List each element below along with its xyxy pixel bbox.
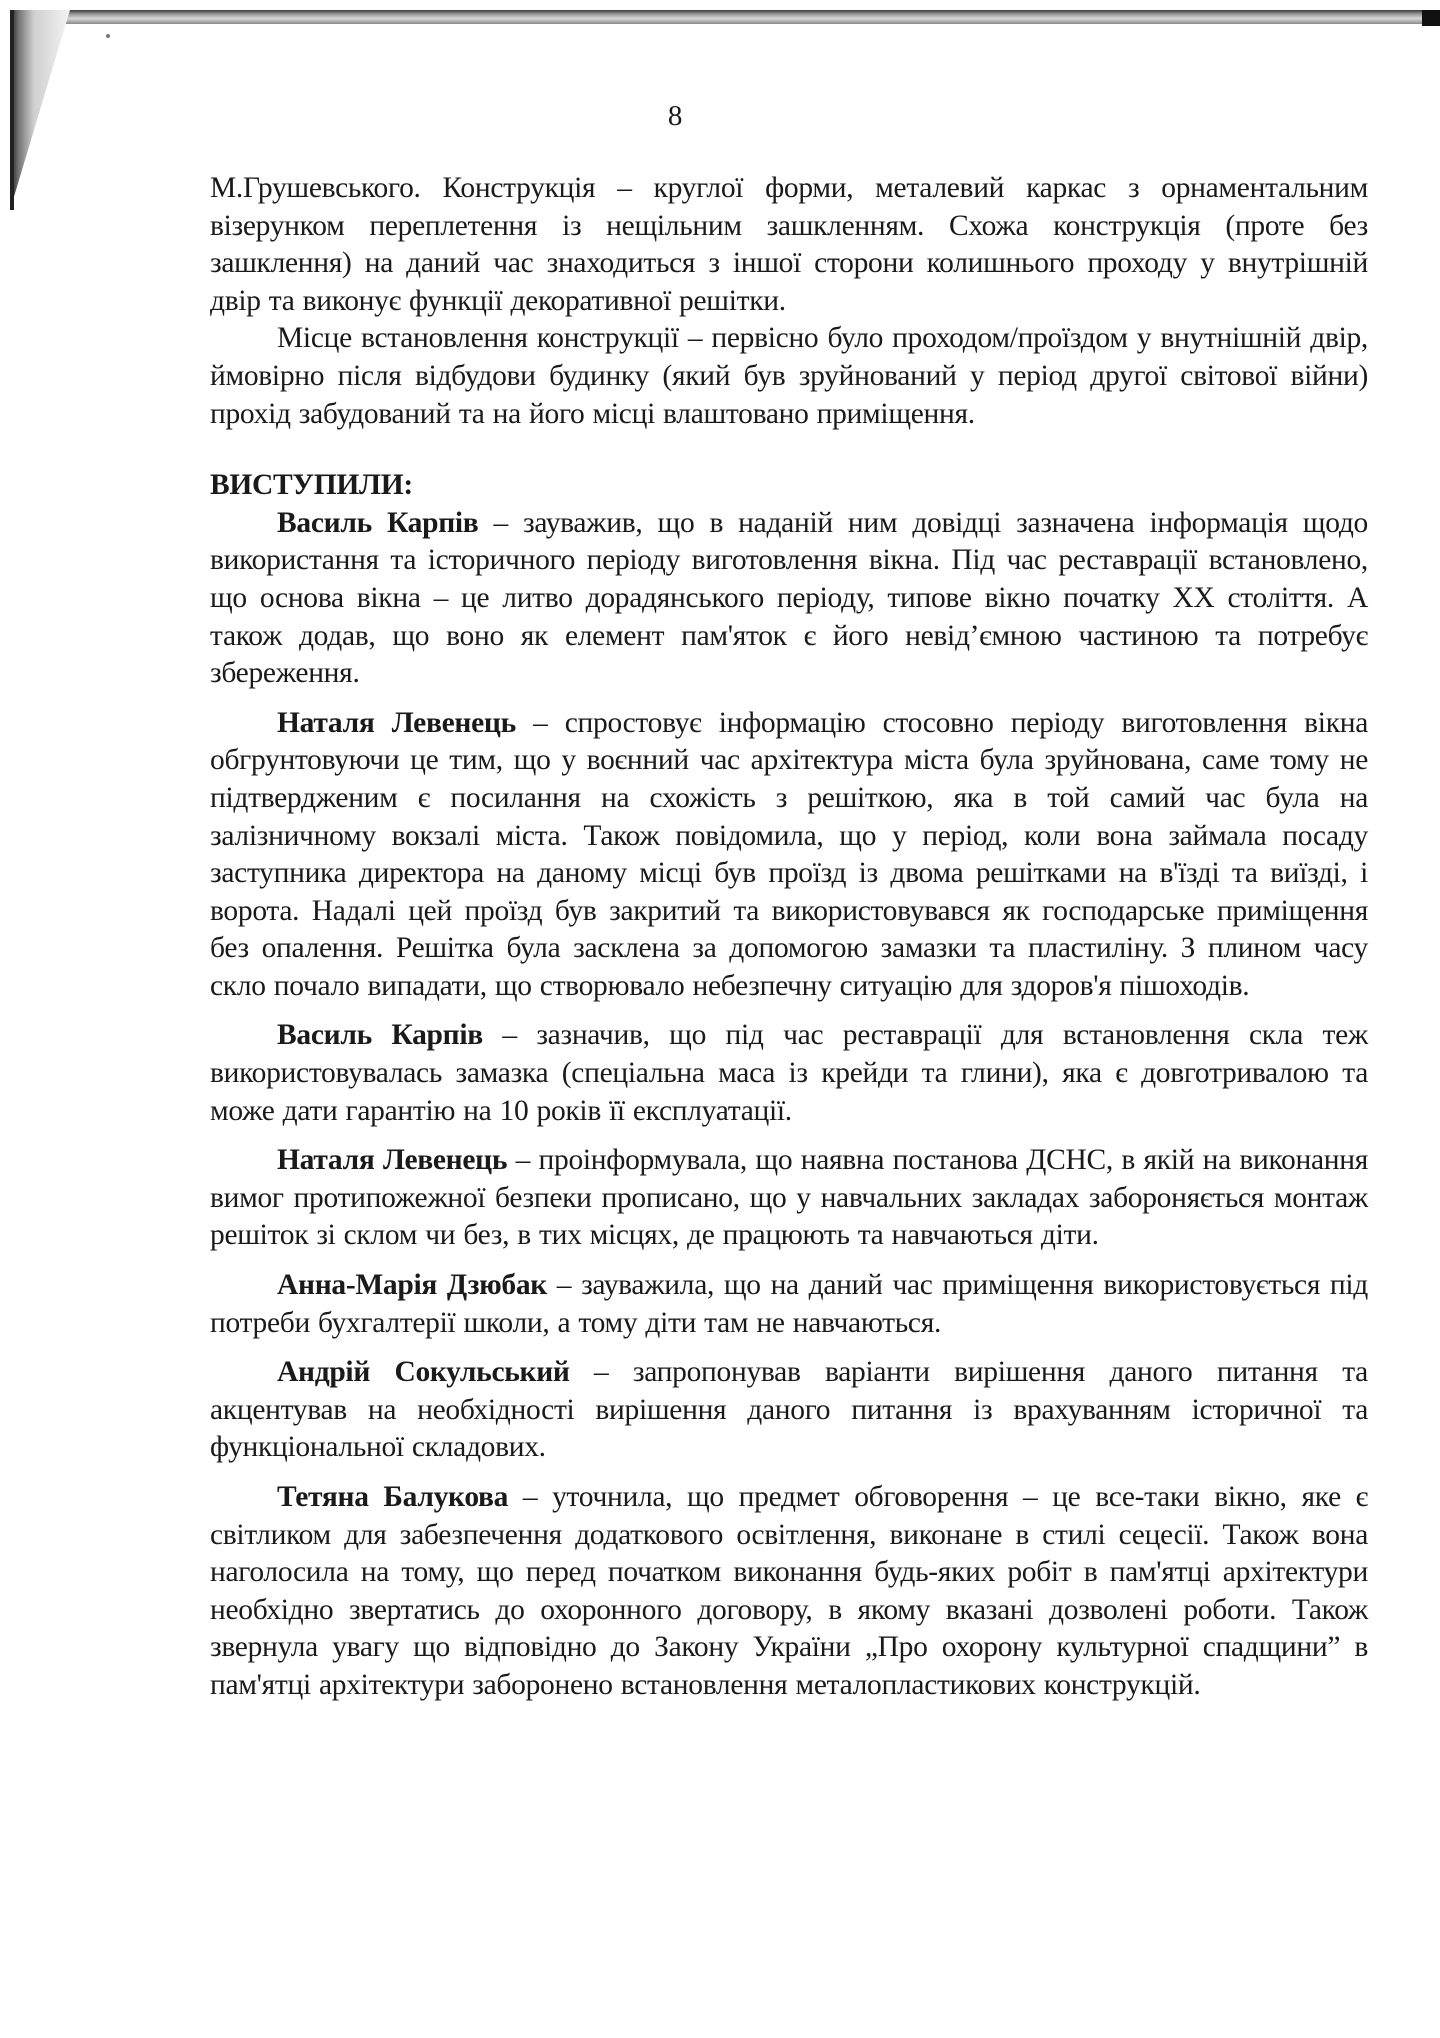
speech-paragraph: Василь Карпів – зауважив, що в наданій н… — [210, 505, 1368, 693]
speech-text: – спростовує інформацію стосовно періоду… — [210, 707, 1368, 1002]
scan-edge-corner — [1422, 10, 1440, 26]
speaker-name: Тетяна Балукова — [277, 1481, 508, 1513]
document-body: М.Грушевського. Конструкція – круглої фо… — [210, 170, 1368, 1705]
speaker-name: Василь Карпів — [277, 1019, 483, 1051]
speech-paragraph: Андрій Сокульський – запропонував варіан… — [210, 1354, 1368, 1467]
intro-paragraph-2: Місце встановлення конструкції – первісн… — [210, 320, 1368, 433]
speech-text: – уточнила, що предмет обговорення – це … — [210, 1481, 1368, 1701]
speech-paragraph: Наталя Левенець – спростовує інформацію … — [210, 705, 1368, 1006]
scan-speck — [106, 34, 110, 38]
speaker-name: Анна-Марія Дзюбак — [277, 1269, 547, 1301]
speech-paragraph: Анна-Марія Дзюбак – зауважила, що на дан… — [210, 1267, 1368, 1342]
intro-paragraph-1: М.Грушевського. Конструкція – круглої фо… — [210, 170, 1368, 320]
page-number: 8 — [0, 100, 1440, 133]
speech-paragraph: Наталя Левенець – проінформувала, що ная… — [210, 1142, 1368, 1255]
speaker-name: Василь Карпів — [277, 507, 478, 539]
section-heading: ВИСТУПИЛИ: — [210, 467, 1368, 505]
speaker-name: Наталя Левенець — [277, 707, 516, 739]
speaker-name: Наталя Левенець — [277, 1144, 507, 1176]
speech-paragraph: Тетяна Балукова – уточнила, що предмет о… — [210, 1479, 1368, 1705]
speech-paragraph: Василь Карпів – зазначив, що під час рес… — [210, 1017, 1368, 1130]
scan-edge-top — [10, 10, 1435, 24]
speaker-name: Андрій Сокульський — [277, 1356, 570, 1388]
